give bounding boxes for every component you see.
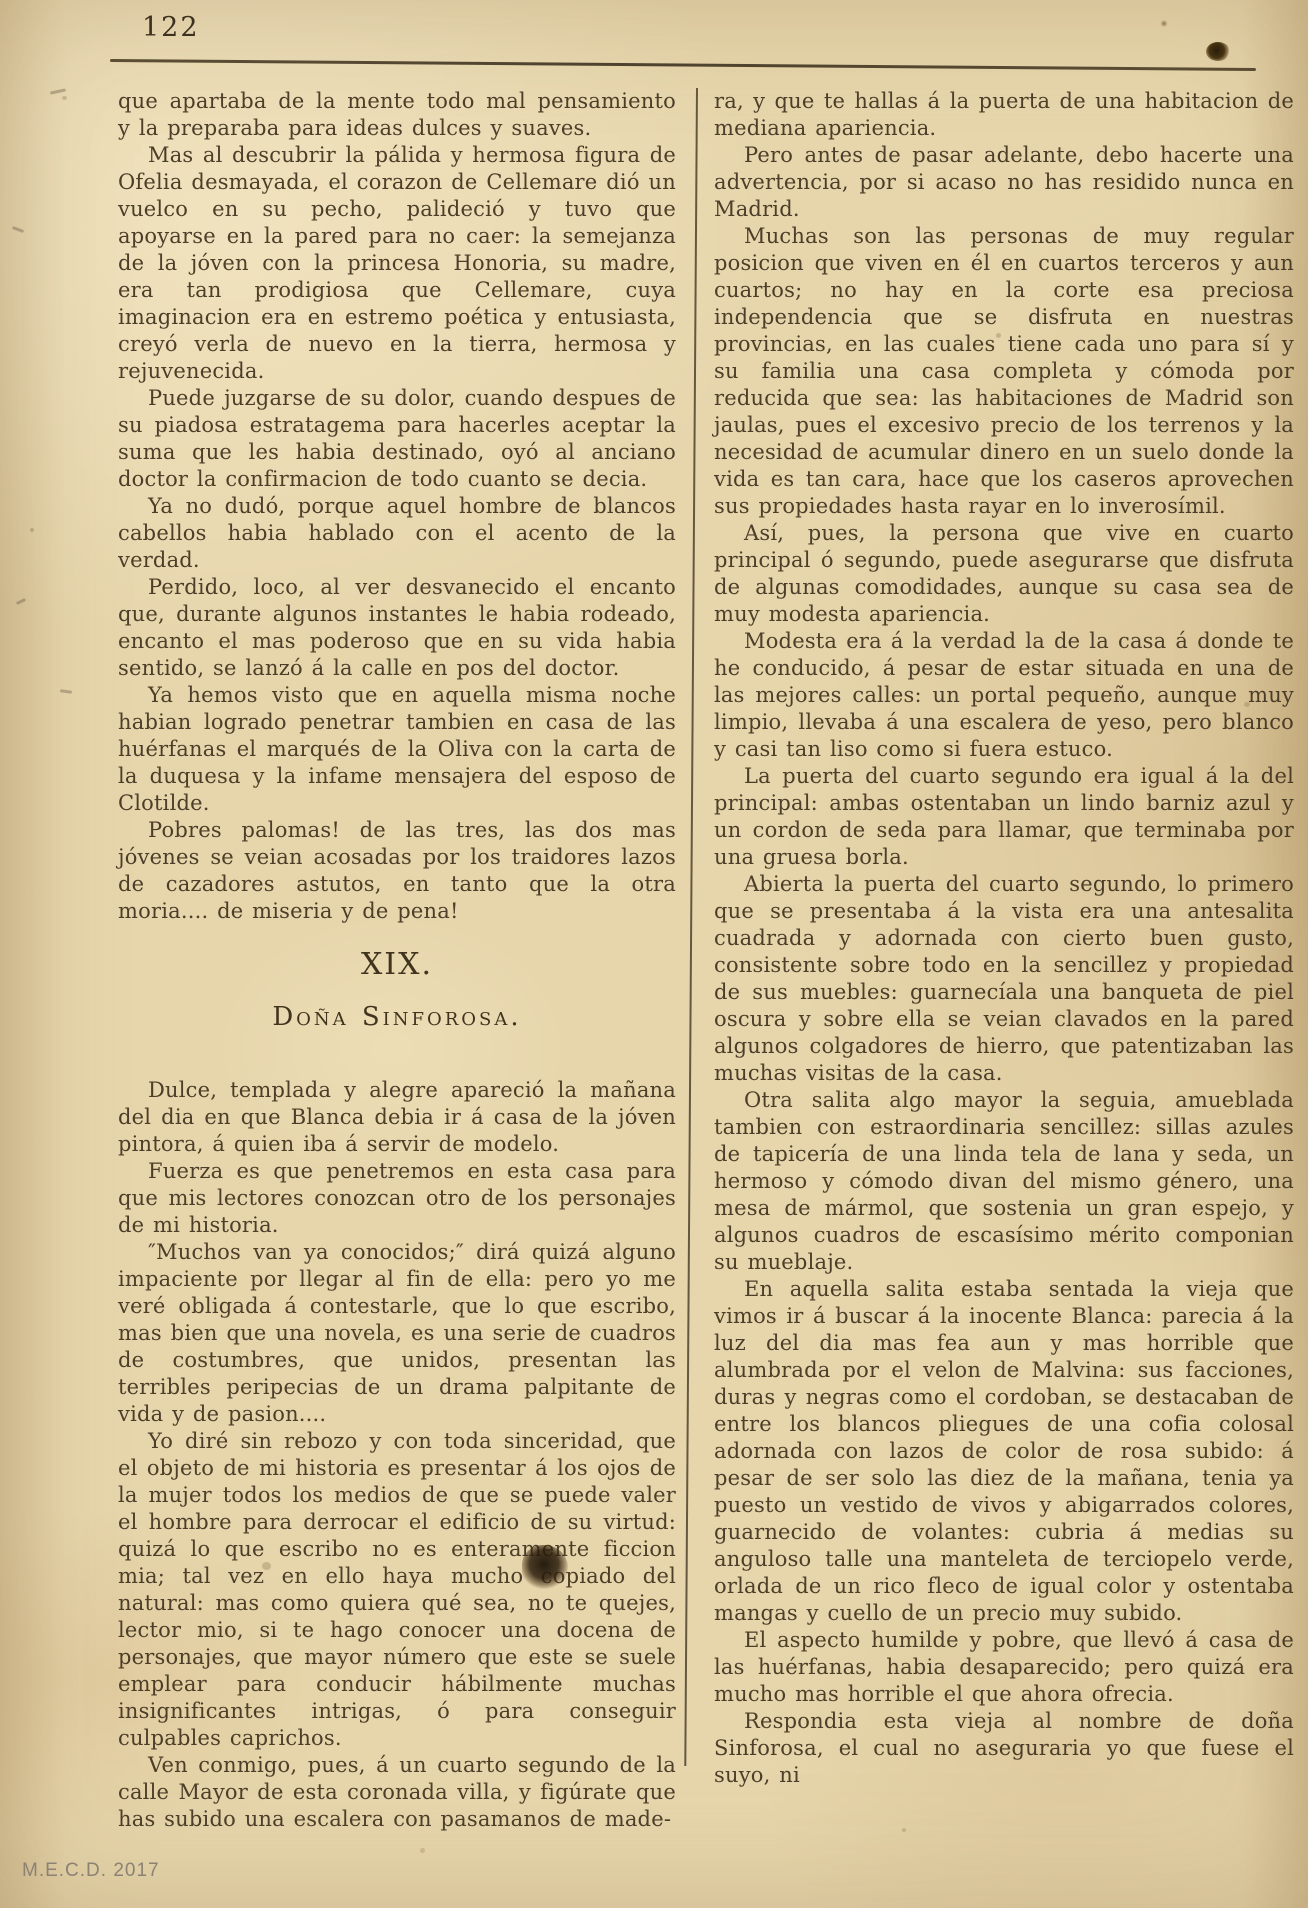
paper-speck [1244,702,1250,707]
paragraph: En aquella salita estaba sentada la viej… [714,1276,1294,1627]
paper-speck [996,333,1001,338]
book-page: 122 que apartaba de la mente todo mal pe… [0,0,1308,1908]
paragraph: Perdido, loco, al ver desvanecido el enc… [118,574,676,682]
paragraph: Ya hemos visto que en aquella misma noch… [118,682,676,817]
paragraph: que apartaba de la mente todo mal pensam… [118,88,676,142]
paragraph: Otra salita algo mayor la seguia, amuebl… [714,1087,1294,1276]
ink-spot [1206,42,1230,61]
paragraph: ″Muchos van ya conocidos;″ dirá quizá al… [118,1239,676,1428]
paragraph: Pero antes de pasar adelante, debo hacer… [714,142,1294,223]
paper-speck [30,528,34,532]
margin-mark [50,88,66,94]
paragraph: Dulce, templada y alegre apareció la mañ… [118,1077,676,1158]
left-column: que apartaba de la mente todo mal pensam… [118,88,676,1833]
paragraph: Yo diré sin rebozo y con toda sinceridad… [118,1428,676,1752]
paragraph: Ya no dudó, porque aquel hombre de blanc… [118,493,676,574]
paragraph: El aspecto humilde y pobre, que llevó á … [714,1627,1294,1708]
paragraph: Así, pues, la persona que vive en cuarto… [714,520,1294,628]
paragraph: La puerta del cuarto segundo era igual á… [714,763,1294,871]
paragraph: Pobres palomas! de las tres, las dos mas… [118,817,676,925]
paper-speck [62,96,67,100]
chapter-number: XIX. [118,951,676,978]
ink-dot [1160,20,1168,27]
chapter-heading: XIX. Doña Sinforosa. [118,951,676,1031]
paragraph: Abierta la puerta del cuarto segundo, lo… [714,871,1294,1087]
paragraph: Modesta era á la verdad la de la casa á … [714,628,1294,763]
page-number: 122 [142,12,200,43]
paragraph: ra, y que te hallas á la puerta de una h… [714,88,1294,142]
paper-speck [1120,1500,1125,1504]
right-column: ra, y que te hallas á la puerta de una h… [714,88,1294,1789]
watermark: M.E.C.D. 2017 [22,1860,160,1882]
paper-speck [262,1562,271,1570]
paragraph: Puede juzgarse de su dolor, cuando despu… [118,385,676,493]
chapter-title: Doña Sinforosa. [118,1004,676,1031]
margin-mark [16,598,26,605]
paragraph: Fuerza es que penetremos en esta casa pa… [118,1158,676,1239]
text-columns: que apartaba de la mente todo mal pensam… [118,88,1294,1833]
margin-mark [60,689,72,694]
paragraph: Respondia esta vieja al nombre de doña S… [714,1708,1294,1789]
header-rule [110,59,1256,71]
paragraph: Mas al descubrir la pálida y hermosa fig… [118,142,676,385]
paper-speck [902,1828,906,1832]
paragraph: Muchas son las personas de muy regular p… [714,223,1294,520]
paper-speck [420,1848,425,1853]
paragraph: Ven conmigo, pues, á un cuarto segundo d… [118,1752,676,1833]
margin-mark [12,226,24,233]
ink-blot [522,1545,568,1589]
